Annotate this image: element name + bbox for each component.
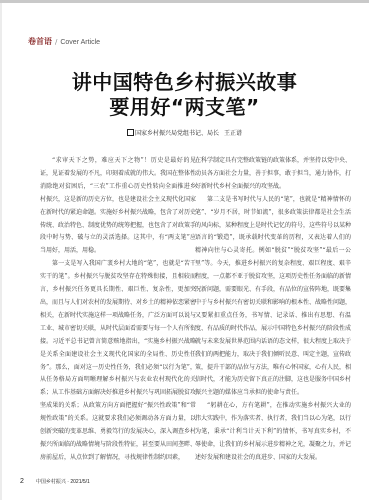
article-column-left: “求审天下之势，难应天下之物”！历史是最好的见证，见证着发展的不凡，印刻着成就的… — [40, 155, 196, 465]
byline: 国家乡村振兴局党组书记、局长王正谱 — [0, 128, 369, 137]
article-title-line-2: 要用好“两支笔” — [0, 95, 369, 119]
section-separator: / — [55, 38, 57, 46]
paragraph: 在科学制定具有完整政策链的政策体系，并坚持以党中央、动员各方面社会力量，善于担事… — [195, 155, 351, 194]
paragraph: 第一支是写入我国广袤乡村大地的“笔”，也就是“苦干实干的笔”。乡村振兴与脱贫攻坚… — [40, 258, 196, 465]
byline-box-icon — [127, 129, 134, 136]
page-footer: 2中国乡村振兴 · 2021/5/1 — [20, 478, 90, 485]
section-label-cn: 卷首语 — [28, 37, 52, 46]
magazine-issue: 中国乡村振兴 · 2021/5/1 — [36, 479, 90, 485]
paragraph: 第二支是书写时代与人民的“笔”，也就是“精神情怀的笔”、“岁月不居，时节如流”，… — [195, 194, 351, 401]
page-number: 2 — [20, 478, 24, 485]
article-title-line-1: 讲中国特色乡村振兴故事 — [0, 70, 369, 94]
byline-name: 王正谱 — [224, 130, 242, 137]
paragraph: “躬耕在心，方有笔耕”，在推动实施乡村振兴大业的伟大实践中，作为落实者、执行者，… — [195, 400, 351, 465]
paragraph: “求审天下之势，难应天下之物”！历史是最好的见证，见证着发展的不凡，印刻着成就的… — [40, 155, 196, 258]
section-label: 卷首语/Cover Article — [28, 37, 100, 48]
page-top-border — [0, 0, 369, 3]
section-label-en: Cover Article — [60, 39, 100, 46]
byline-org: 国家乡村振兴局党组书记、局长 — [135, 130, 219, 137]
article-column-right: 在科学制定具有完整政策链的政策体系，并坚持以党中央、动员各方面社会力量，善于担事… — [195, 155, 351, 465]
